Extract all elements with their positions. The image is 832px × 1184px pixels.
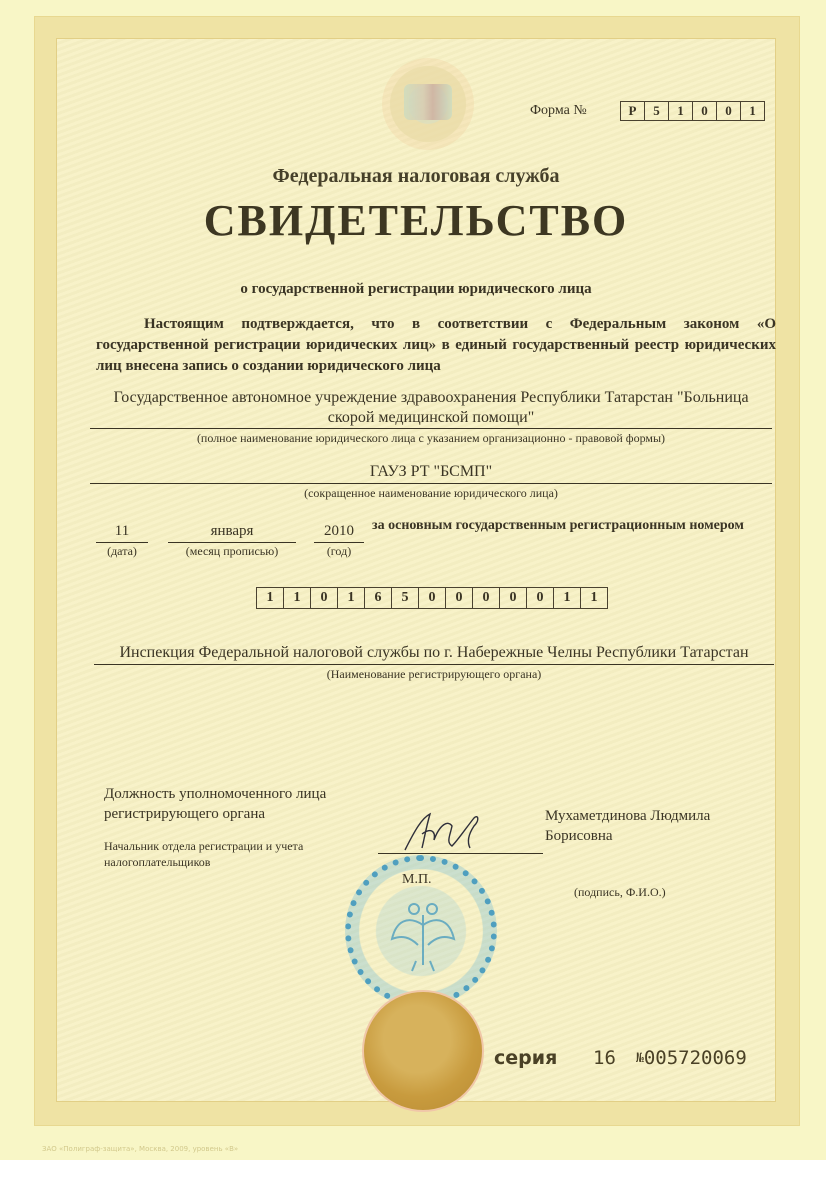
ogrn-digit-cell: 5 bbox=[392, 588, 419, 608]
entity-full-name-caption: (полное наименование юридического лица с… bbox=[90, 431, 772, 446]
form-code-cell: 1 bbox=[669, 102, 693, 120]
stamp-eagle-icon bbox=[388, 895, 458, 975]
form-number-label: Форма № bbox=[530, 103, 587, 119]
signature-caption: (подпись, Ф.И.О.) bbox=[574, 885, 666, 900]
ogrn-digit-cell: 1 bbox=[554, 588, 581, 608]
handwritten-signature-icon bbox=[400, 810, 490, 852]
short-name-underline bbox=[90, 483, 772, 484]
authority-underline bbox=[94, 664, 774, 665]
series-value: 16 bbox=[593, 1047, 616, 1069]
series-label: серия bbox=[494, 1047, 557, 1069]
document-subtitle: о государственной регистрации юридическо… bbox=[0, 281, 832, 298]
agency-name: Федеральная налоговая служба bbox=[0, 165, 832, 188]
stamp-place-label: М.П. bbox=[402, 872, 432, 888]
registering-authority: Инспекция Федеральной налоговой службы п… bbox=[94, 644, 774, 662]
year-underline bbox=[314, 542, 364, 543]
registration-year: 2010 bbox=[314, 523, 364, 540]
ogrn-digit-cell: 1 bbox=[257, 588, 284, 608]
day-underline bbox=[96, 542, 148, 543]
signature-line bbox=[378, 853, 543, 854]
signatory-name: Мухаметдинова Людмила Борисовна bbox=[545, 806, 745, 846]
month-caption: (месяц прописью) bbox=[168, 544, 296, 559]
document-title: СВИДЕТЕЛЬСТВО bbox=[0, 195, 832, 246]
form-number-cells: Р51001 bbox=[620, 101, 765, 121]
ogrn-label: за основным государственным регистрацион… bbox=[372, 518, 744, 534]
form-code-cell: 0 bbox=[717, 102, 741, 120]
position-label: Должность уполномоченного лица регистрир… bbox=[104, 784, 344, 824]
blank-number: №005720069 bbox=[636, 1047, 747, 1069]
ogrn-digit-cell: 6 bbox=[365, 588, 392, 608]
entity-short-name-caption: (сокращенное наименование юридического л… bbox=[90, 486, 772, 501]
year-caption: (год) bbox=[314, 544, 364, 559]
ogrn-digit-cell: 0 bbox=[419, 588, 446, 608]
ogrn-digit-cell: 1 bbox=[284, 588, 311, 608]
ogrn-digit-cell: 0 bbox=[446, 588, 473, 608]
gold-seal-icon bbox=[362, 990, 484, 1112]
blank-number-value: 005720069 bbox=[644, 1047, 747, 1069]
statement-paragraph: Настоящим подтверждается, что в соответс… bbox=[96, 314, 776, 377]
registration-month: января bbox=[168, 523, 296, 540]
ogrn-digit-cell: 0 bbox=[311, 588, 338, 608]
entity-short-name: ГАУЗ РТ "БСМП" bbox=[90, 463, 772, 481]
ogrn-number-cells: 1101650000011 bbox=[256, 587, 608, 609]
ogrn-digit-cell: 1 bbox=[581, 588, 607, 608]
registering-authority-caption: (Наименование регистрирующего органа) bbox=[94, 667, 774, 682]
form-code-cell: Р bbox=[621, 102, 645, 120]
printer-imprint: ЗАО «Полиграф-защита», Москва, 2009, уро… bbox=[42, 1145, 238, 1153]
form-code-cell: 1 bbox=[741, 102, 764, 120]
ogrn-digit-cell: 0 bbox=[500, 588, 527, 608]
full-name-underline bbox=[90, 428, 772, 429]
form-code-cell: 5 bbox=[645, 102, 669, 120]
ogrn-digit-cell: 1 bbox=[338, 588, 365, 608]
form-code-cell: 0 bbox=[693, 102, 717, 120]
month-underline bbox=[168, 542, 296, 543]
double-headed-eagle-icon bbox=[404, 84, 452, 120]
registration-day: 11 bbox=[96, 523, 148, 540]
signatory-position: Начальник отдела регистрации и учета нал… bbox=[104, 838, 334, 870]
entity-full-name: Государственное автономное учреждение зд… bbox=[90, 388, 772, 428]
day-caption: (дата) bbox=[96, 544, 148, 559]
ogrn-digit-cell: 0 bbox=[527, 588, 554, 608]
number-sign: № bbox=[636, 1051, 644, 1066]
ogrn-digit-cell: 0 bbox=[473, 588, 500, 608]
